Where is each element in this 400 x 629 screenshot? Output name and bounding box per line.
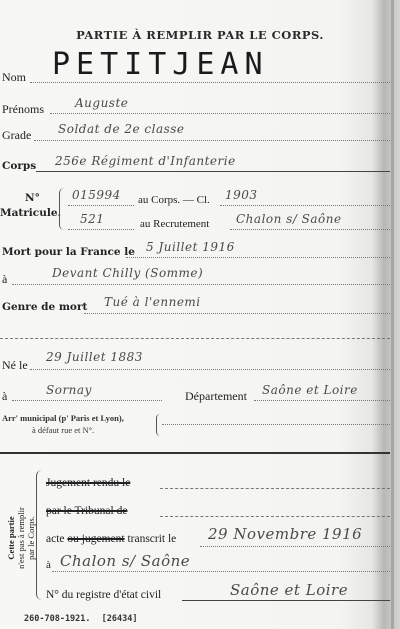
- footer-print-code: 260-708-1921.: [24, 614, 91, 624]
- lower-section-rule: [0, 452, 390, 454]
- recrutement-place-line: [230, 229, 390, 230]
- ne-a-line: [12, 400, 162, 401]
- transcrit-line: [200, 546, 390, 547]
- nom-label: Nom: [2, 70, 26, 85]
- arrondissement-line: [162, 424, 390, 425]
- acte-suffix: transcrit le: [127, 533, 176, 545]
- registre-label: N° du registre d'état civil: [46, 589, 161, 601]
- registre-value: Saône et Loire: [230, 581, 348, 599]
- ne-a-value: Sornay: [46, 383, 92, 397]
- jugement-rendu-label: Jugement rendu le: [46, 477, 130, 489]
- ne-a-label: à: [2, 389, 7, 404]
- recrutement-line: [68, 229, 134, 230]
- ne-le-label: Né le: [2, 358, 28, 373]
- tribunal-label: par le Tribunal de: [46, 505, 127, 517]
- genre-mort-value: Tué à l'ennemi: [104, 295, 201, 309]
- matricule-corps-line: [68, 205, 134, 206]
- transcrit-a-line: [52, 571, 390, 572]
- departement-line: [254, 400, 390, 401]
- side-note-line-2: n'est pas à remplir: [16, 478, 26, 598]
- grade-line: [34, 140, 390, 141]
- matricule-corps-label: au Corps. — Cl.: [138, 194, 210, 206]
- arrondissement-brace: [156, 414, 160, 436]
- recrutement-value: 521: [80, 212, 104, 226]
- side-note-line-3: par le Corps.: [26, 478, 36, 598]
- matricule-no-label: N°: [25, 192, 40, 204]
- matricule-classe-line: [220, 205, 390, 206]
- ne-le-value: 29 Juillet 1883: [46, 350, 143, 364]
- matricule-classe-value: 1903: [225, 188, 258, 202]
- grade-value: Soldat de 2e classe: [58, 122, 185, 136]
- corps-label: Corps: [2, 160, 36, 172]
- mort-a-value: Devant Chilly (Somme): [52, 266, 203, 280]
- tribunal-line: [160, 516, 390, 517]
- genre-mort-label: Genre de mort: [2, 301, 87, 313]
- footer-ref: [26434]: [102, 614, 138, 624]
- jugement-rendu-line: [160, 488, 390, 489]
- transcrit-a-label: à: [46, 559, 51, 571]
- acte-struck: ou jugement: [67, 533, 124, 545]
- mort-le-value: 5 Juillet 1916: [146, 240, 235, 254]
- matricule-corps-value: 015994: [72, 188, 121, 202]
- matricule-label: Matricule.: [0, 207, 61, 219]
- side-note-line-1: Cette partie: [6, 478, 16, 598]
- side-note: Cette partie n'est pas à remplir par le …: [6, 478, 36, 598]
- prenoms-label: Prénoms: [2, 102, 44, 117]
- arrondissement-sublabel: à défaut rue et N°.: [32, 425, 94, 435]
- nom-line: [30, 82, 390, 83]
- ne-le-line: [30, 369, 390, 370]
- grade-label: Grade: [2, 128, 31, 143]
- side-brace: [36, 470, 42, 600]
- prenoms-line: [50, 113, 390, 114]
- arrondissement-label: Arr' municipal (p' Paris et Lyon),: [2, 413, 124, 423]
- footer-code: 260-708-1921. [26434]: [24, 614, 137, 624]
- departement-label: Département: [185, 389, 247, 404]
- transcrit-a-value: Chalon s/ Saône: [60, 552, 190, 570]
- recrutement-label: au Recrutement: [140, 218, 209, 230]
- nom-value: PETITJEAN: [52, 47, 269, 82]
- acte-prefix: acte: [46, 533, 65, 545]
- mort-le-line: [126, 257, 390, 258]
- card-edge: [391, 0, 394, 629]
- registre-line: [182, 600, 390, 601]
- mort-le-label: Mort pour la France le: [2, 246, 135, 258]
- departement-value: Saône et Loire: [262, 383, 358, 397]
- corps-line: [36, 171, 390, 172]
- section-divider: [0, 338, 390, 339]
- prenoms-value: Auguste: [75, 96, 128, 110]
- mort-a-line: [12, 284, 390, 285]
- acte-transcrit-label: acte ou jugement transcrit le: [46, 533, 176, 545]
- transcrit-value: 29 Novembre 1916: [208, 525, 362, 543]
- section-header: PARTIE À REMPLIR PAR LE CORPS.: [0, 28, 400, 42]
- matricule-brace: [59, 188, 64, 230]
- corps-value: 256e Régiment d'Infanterie: [55, 154, 236, 168]
- genre-mort-line: [84, 313, 390, 314]
- mort-a-label: à: [2, 272, 7, 287]
- recrutement-place: Chalon s/ Saône: [236, 212, 342, 226]
